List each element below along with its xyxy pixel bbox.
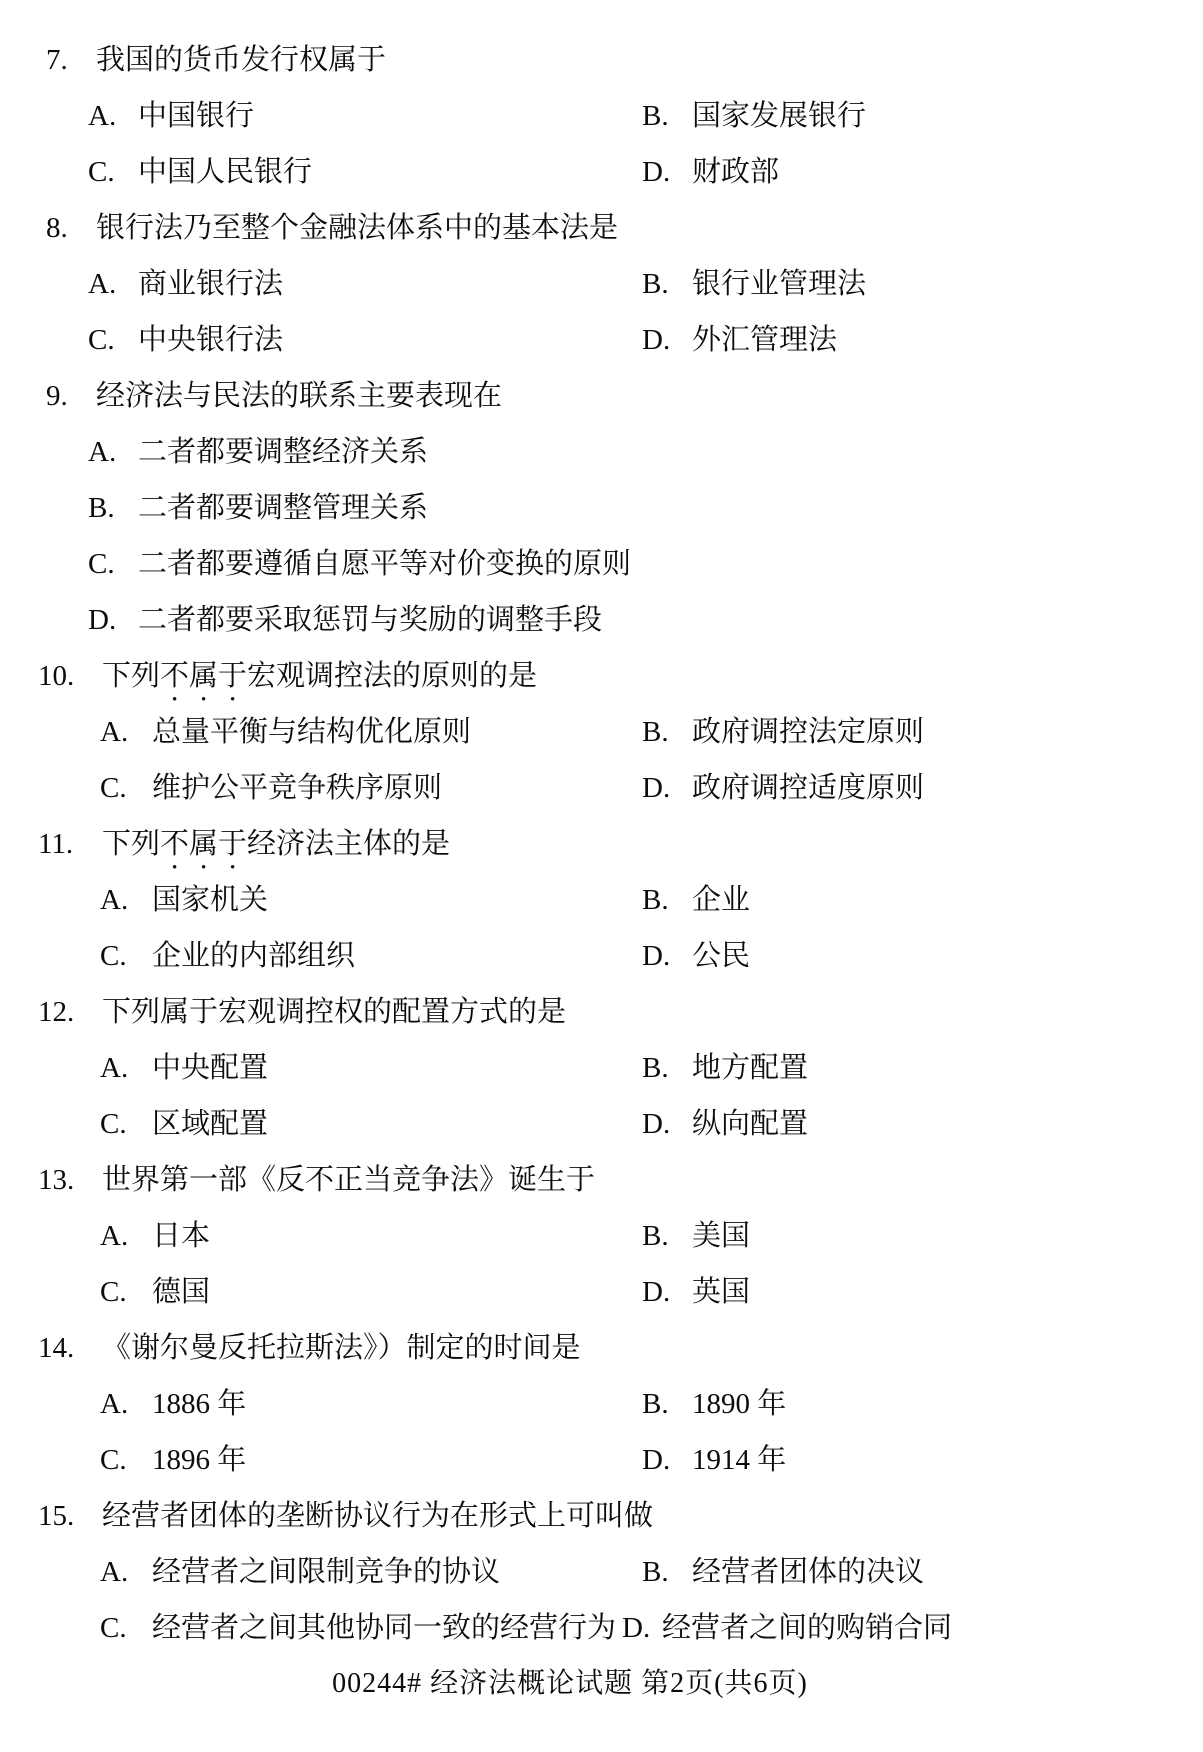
option-text: 企业 [692,872,750,928]
question-stem: 经营者团体的垄断协议行为在形式上可叫做 [102,1488,653,1548]
option-label: A. [88,256,116,312]
option-label: A. [88,424,116,480]
option-label: B. [642,704,669,760]
question-stem: 经济法与民法的联系主要表现在 [96,368,502,428]
question-stem: 我国的货币发行权属于 [96,32,386,92]
question-9-option-d: D. 二者都要采取惩罚与奖励的调整手段 [0,592,1203,648]
option-text: 政府调控法定原则 [692,704,924,760]
option-label: D. [642,760,670,816]
option-text: 公民 [692,928,750,984]
option-label: A. [100,1544,128,1600]
option-text: 1896 年 [152,1432,246,1488]
question-14-options-row-2: C. 1896 年 D. 1914 年 [0,1432,1203,1488]
question-stem: 银行法乃至整个金融法体系中的基本法是 [96,200,618,260]
question-13-options-row-2: C. 德国 D. 英国 [0,1264,1203,1320]
option-text: 维护公平竞争秩序原则 [152,760,442,816]
question-8-options-row-1: A. 商业银行法 B. 银行业管理法 [0,256,1203,312]
question-number: 9. [46,368,68,424]
question-12-title: 12. 下列属于宏观调控权的配置方式的是 [0,984,1203,1040]
option-text: 1886 年 [152,1376,246,1432]
exam-page: 7. 我国的货币发行权属于 A. 中国银行 B. 国家发展银行 C. 中国人民银… [0,0,1203,1712]
question-10-options-row-1: A. 总量平衡与结构优化原则 B. 政府调控法定原则 [0,704,1203,760]
question-15-options-row-2: C. 经营者之间其他协同一致的经营行为 D. 经营者之间的购销合同 [0,1600,1203,1656]
question-15-options-row-1: A. 经营者之间限制竞争的协议 B. 经营者团体的决议 [0,1544,1203,1600]
question-stem: 世界第一部《反不正当竞争法》诞生于 [102,1152,595,1212]
option-text: 外汇管理法 [692,312,837,368]
option-text: 经营者之间限制竞争的协议 [152,1544,500,1600]
option-label: D. [88,592,116,648]
option-text: 经营者之间的购销合同 [662,1600,952,1656]
question-8-options-row-2: C. 中央银行法 D. 外汇管理法 [0,312,1203,368]
question-8-title: 8. 银行法乃至整个金融法体系中的基本法是 [0,200,1203,256]
option-label: A. [100,1208,128,1264]
question-number: 15. [38,1488,74,1544]
option-label: D. [642,1264,670,1320]
option-text: 日本 [152,1208,210,1264]
option-label: D. [642,312,670,368]
question-stem: 下列属于宏观调控权的配置方式的是 [102,984,566,1044]
option-label: C. [100,928,127,984]
emphasized-text: 不属于 [160,828,247,860]
question-number: 10. [38,648,74,704]
question-number: 11. [38,816,73,872]
option-text: 德国 [152,1264,210,1320]
option-label: A. [100,872,128,928]
option-label: D. [642,928,670,984]
question-13-title: 13. 世界第一部《反不正当竞争法》诞生于 [0,1152,1203,1208]
option-label: D. [622,1600,650,1656]
option-label: A. [100,1040,128,1096]
question-13-options-row-1: A. 日本 B. 美国 [0,1208,1203,1264]
question-10-title: 10. 下列不属于宏观调控法的原则的是 [0,648,1203,704]
option-text: 1914 年 [692,1432,786,1488]
option-text: 总量平衡与结构优化原则 [152,704,471,760]
option-text: 地方配置 [692,1040,808,1096]
question-14-options-row-1: A. 1886 年 B. 1890 年 [0,1376,1203,1432]
option-label: C. [88,536,115,592]
question-10-options-row-2: C. 维护公平竞争秩序原则 D. 政府调控适度原则 [0,760,1203,816]
option-text: 经营者团体的决议 [692,1544,924,1600]
option-label: D. [642,1096,670,1152]
question-12-options-row-1: A. 中央配置 B. 地方配置 [0,1040,1203,1096]
option-label: B. [642,256,669,312]
option-text: 二者都要遵循自愿平等对价变换的原则 [138,536,631,592]
question-number: 14. [38,1320,74,1376]
question-7-options-row-2: C. 中国人民银行 D. 财政部 [0,144,1203,200]
emphasized-text: 不属于 [160,660,247,692]
option-label: C. [88,312,115,368]
option-text: 英国 [692,1264,750,1320]
question-9-option-a: A. 二者都要调整经济关系 [0,424,1203,480]
option-label: D. [642,1432,670,1488]
option-label: B. [642,88,669,144]
question-14-title: 14. 《谢尔曼反托拉斯法》）制定的时间是 [0,1320,1203,1376]
option-label: C. [100,1432,127,1488]
page-footer: 00244# 经济法概论试题 第2页(共6页) [0,1656,1203,1712]
option-text: 中国人民银行 [138,144,312,200]
option-text: 二者都要调整经济关系 [138,424,428,480]
option-label: C. [88,144,115,200]
option-text: 中国银行 [138,88,254,144]
option-label: A. [100,1376,128,1432]
question-stem: 下列不属于经济法主体的是 [102,816,450,876]
question-9-title: 9. 经济法与民法的联系主要表现在 [0,368,1203,424]
question-15-title: 15. 经营者团体的垄断协议行为在形式上可叫做 [0,1488,1203,1544]
page-footer-text: 00244# 经济法概论试题 第2页(共6页) [332,1656,808,1712]
question-7-title: 7. 我国的货币发行权属于 [0,32,1203,88]
question-number: 8. [46,200,68,256]
option-text: 政府调控适度原则 [692,760,924,816]
option-label: D. [642,144,670,200]
option-label: B. [642,872,669,928]
option-text: 纵向配置 [692,1096,808,1152]
option-text: 银行业管理法 [692,256,866,312]
question-12-options-row-2: C. 区域配置 D. 纵向配置 [0,1096,1203,1152]
option-text: 美国 [692,1208,750,1264]
option-label: C. [100,1600,127,1656]
question-9-option-c: C. 二者都要遵循自愿平等对价变换的原则 [0,536,1203,592]
option-text: 二者都要采取惩罚与奖励的调整手段 [138,592,602,648]
question-number: 12. [38,984,74,1040]
option-label: A. [88,88,116,144]
option-text: 1890 年 [692,1376,786,1432]
option-label: C. [100,1264,127,1320]
question-11-options-row-1: A. 国家机关 B. 企业 [0,872,1203,928]
option-text: 商业银行法 [138,256,283,312]
question-stem: 下列不属于宏观调控法的原则的是 [102,648,537,708]
option-text: 中央银行法 [138,312,283,368]
question-9-option-b: B. 二者都要调整管理关系 [0,480,1203,536]
option-label: A. [100,704,128,760]
question-7-options-row-1: A. 中国银行 B. 国家发展银行 [0,88,1203,144]
option-label: C. [100,760,127,816]
question-11-title: 11. 下列不属于经济法主体的是 [0,816,1203,872]
option-label: C. [100,1096,127,1152]
option-text: 中央配置 [152,1040,268,1096]
question-number: 13. [38,1152,74,1208]
option-label: B. [88,480,115,536]
option-text: 财政部 [692,144,779,200]
option-text: 国家机关 [152,872,268,928]
option-label: B. [642,1376,669,1432]
option-label: B. [642,1208,669,1264]
option-text: 二者都要调整管理关系 [138,480,428,536]
option-label: B. [642,1040,669,1096]
option-text: 经营者之间其他协同一致的经营行为 [152,1600,616,1656]
option-text: 国家发展银行 [692,88,866,144]
option-label: B. [642,1544,669,1600]
option-text: 企业的内部组织 [152,928,355,984]
question-stem: 《谢尔曼反托拉斯法》）制定的时间是 [102,1320,581,1380]
question-number: 7. [46,32,68,88]
question-11-options-row-2: C. 企业的内部组织 D. 公民 [0,928,1203,984]
option-text: 区域配置 [152,1096,268,1152]
